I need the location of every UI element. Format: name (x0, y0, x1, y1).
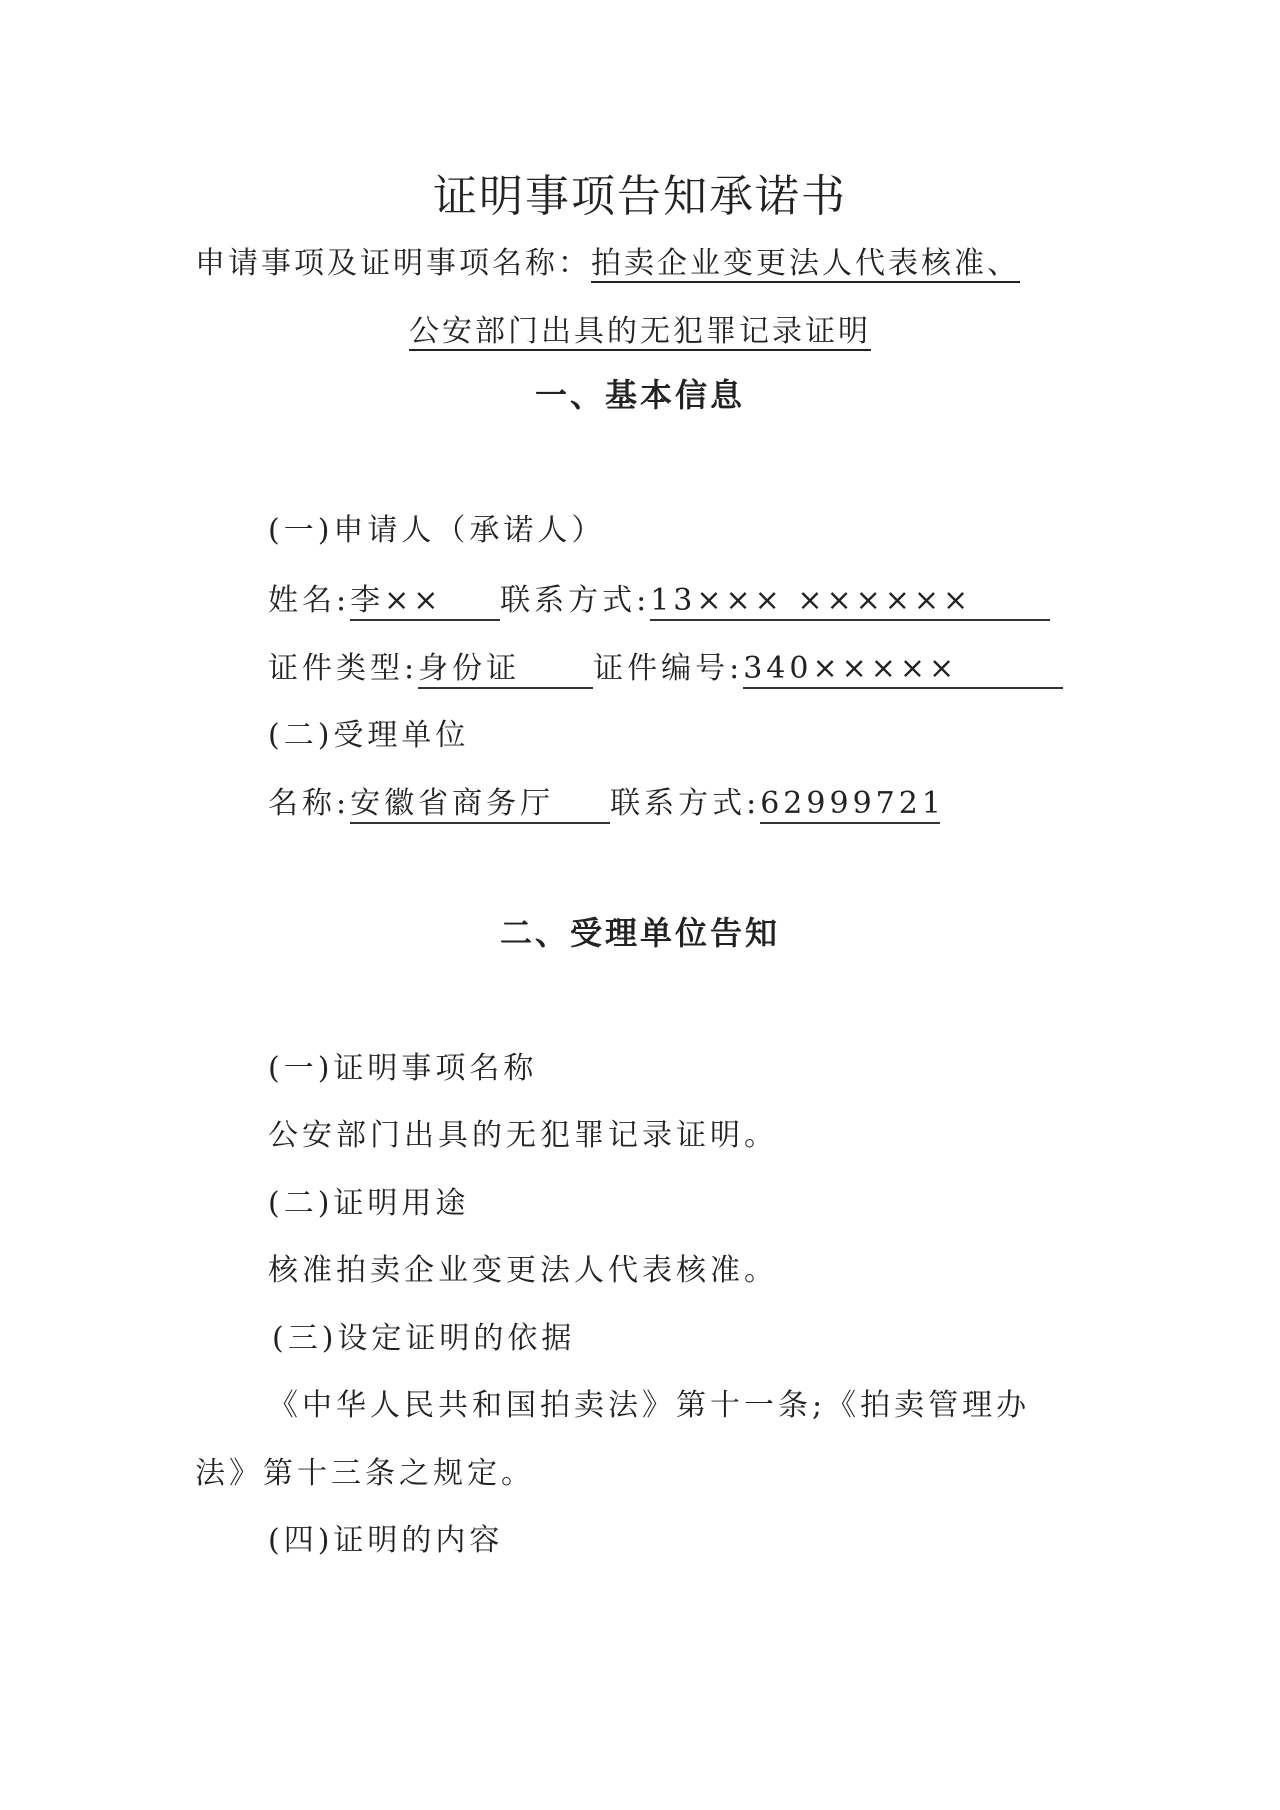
item2-heading: (二)证明用途 (268, 1178, 469, 1222)
subtitle-value-1: 拍卖企业变更法人代表核准、 (591, 246, 1020, 281)
agency-contact-value: 62999721 (760, 787, 940, 824)
subtitle-line-1: 申请事项及证明事项名称：拍卖企业变更法人代表核准、 (195, 238, 1020, 282)
applicant-heading: (一)申请人（承诺人） (268, 505, 605, 549)
id-type-label: 证件类型: (268, 651, 418, 686)
contact-value: 13××× ×××××× (650, 584, 1050, 621)
id-type-value: 身份证 (418, 652, 593, 689)
document-title: 证明事项告知承诺书 (0, 160, 1280, 224)
section-heading-basic-info: 一、基本信息 (0, 370, 1280, 416)
agency-row: 名称: 安徽省商务厅联系方式: 62999721 (268, 778, 940, 824)
name-value: 李×× (350, 584, 500, 621)
applicant-id-row: 证件类型: 身份证证件编号: 340××××× (268, 643, 1063, 689)
item3-text-2: 法》第十三条之规定。 (195, 1448, 535, 1492)
subtitle-label: 申请事项及证明事项名称： (195, 246, 591, 281)
item1-text: 公安部门出具的无犯罪记录证明。 (268, 1110, 778, 1154)
item2-text: 核准拍卖企业变更法人代表核准。 (268, 1245, 778, 1289)
id-number-label: 证件编号: (593, 651, 743, 686)
item1-heading: (一)证明事项名称 (268, 1043, 537, 1087)
item3-text-1: 《中华人民共和国拍卖法》第十一条;《拍卖管理办 (268, 1380, 1030, 1424)
item4-heading: (四)证明的内容 (268, 1515, 503, 1559)
agency-name-label: 名称: (268, 786, 350, 821)
agency-contact-label: 联系方式: (610, 786, 760, 821)
subtitle-line-2: 公安部门出具的无犯罪记录证明 (0, 306, 1280, 350)
contact-label: 联系方式: (500, 583, 650, 618)
agency-name-value: 安徽省商务厅 (350, 787, 610, 824)
item3-heading: (三)设定证明的依据 (272, 1313, 575, 1357)
section-heading-agency-notice: 二、受理单位告知 (0, 908, 1280, 954)
name-label: 姓名: (268, 583, 350, 618)
subtitle-value-2: 公安部门出具的无犯罪记录证明 (409, 314, 871, 349)
id-number-value: 340××××× (743, 652, 1063, 689)
agency-heading: (二)受理单位 (268, 710, 469, 754)
applicant-name-row: 姓名: 李××联系方式:13××× ×××××× (268, 575, 1050, 621)
